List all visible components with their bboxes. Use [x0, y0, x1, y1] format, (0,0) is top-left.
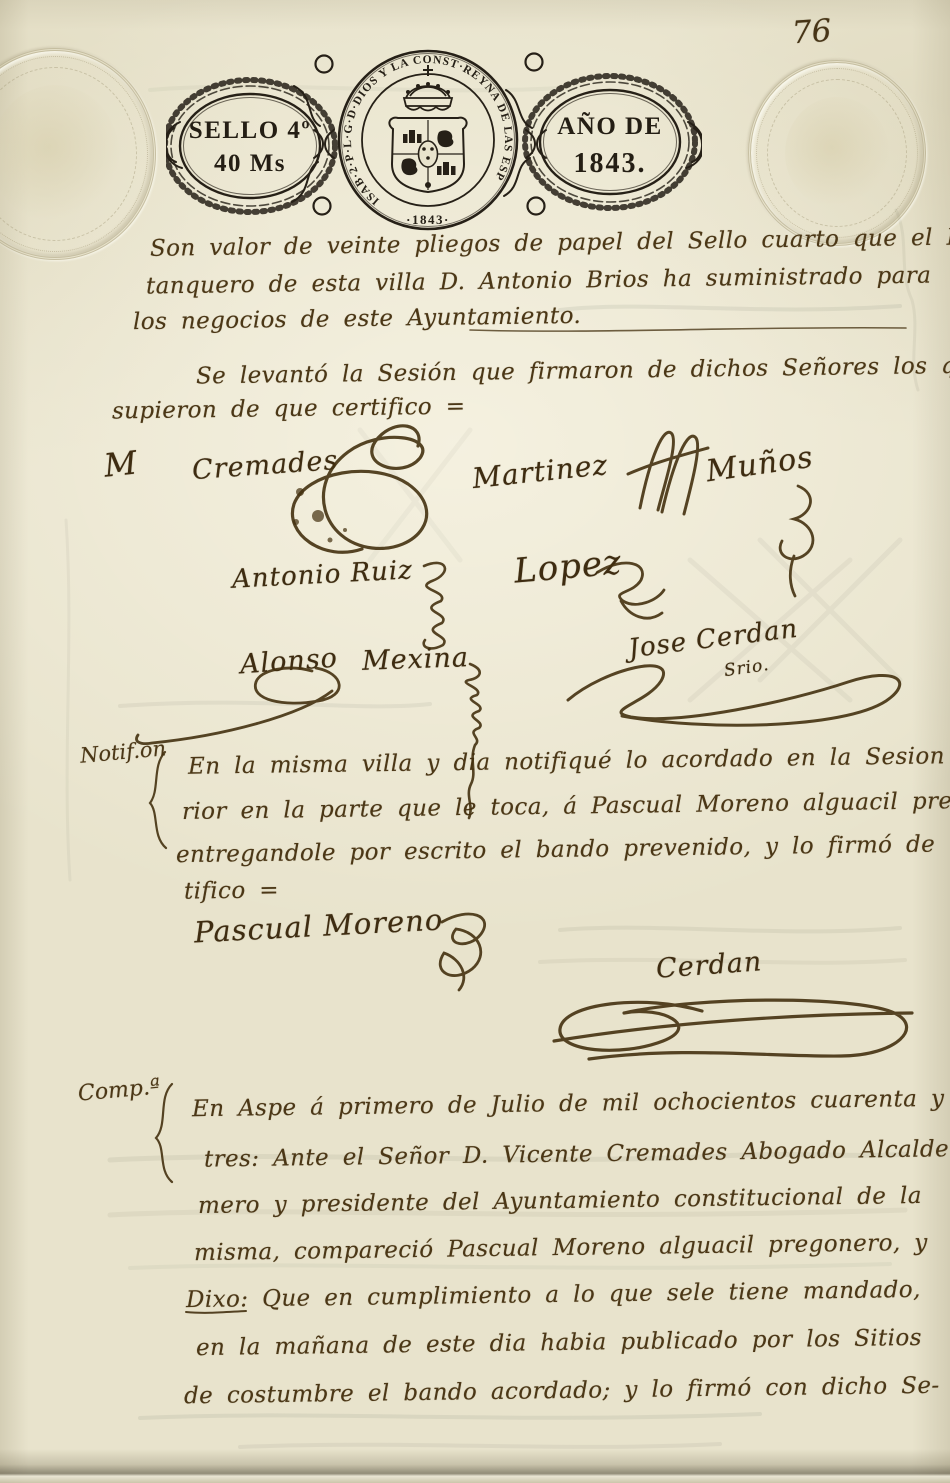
signature-margin-initial: M	[102, 446, 139, 481]
stamp-left-wreath	[166, 80, 335, 212]
ink-blots	[293, 488, 347, 543]
manuscript-line: rior en la parte que le toca, á Pascual …	[182, 789, 950, 824]
manuscript-line: misma, compareció Pascual Moreno alguaci…	[194, 1232, 928, 1265]
signature-munoz: Muños	[704, 443, 815, 488]
signature-jose-cerdan: Jose Cerdan	[627, 616, 800, 663]
manuscript-line: de costumbre el bando acordado; y lo fir…	[184, 1375, 940, 1409]
page-number: 76	[791, 13, 833, 52]
signature-pascual-moreno: Pascual Moreno	[193, 905, 444, 947]
manuscript-line: Dixo: Que en cumplimiento a lo que sele …	[186, 1279, 921, 1312]
signature-martinez: Martinez	[471, 451, 609, 493]
stamp-sello-class: SELLO 4º	[189, 117, 311, 144]
stamp-crown-icon	[404, 65, 452, 111]
manuscript-line: tres: Ante el Señor D. Vicente Cremades …	[204, 1137, 950, 1171]
embossed-seal-left	[0, 48, 156, 260]
stamp-year-bottom: ·1843·	[406, 212, 450, 227]
stamp-sello-price: 40 Ms	[214, 150, 286, 177]
alonso-rubric	[136, 668, 339, 744]
stamp-coat-of-arms-icon	[389, 118, 466, 192]
signature-jose-cerdan-title: Srio.	[723, 657, 770, 680]
manuscript-line: Se levantó la Sesión que firmaron de dic…	[196, 354, 950, 388]
manuscript-line: supieron de que certifico =	[112, 396, 466, 424]
signature-cerdan: Cerdan	[655, 948, 763, 982]
signature-cremades: Cremades	[191, 447, 339, 484]
page-bottom-edge	[0, 1449, 950, 1483]
ruiz-rubric	[424, 563, 445, 648]
pascual-rubric	[440, 914, 484, 990]
margin-note-comparecencia: Comp.ª	[77, 1076, 161, 1105]
manuscript-line: tanquero de esta villa D. Antonio Brios …	[146, 265, 932, 299]
manuscript-line: entregandole por escrito el bando preven…	[176, 832, 950, 867]
notif-brace	[150, 752, 166, 848]
cerdan-rubric	[554, 1000, 912, 1059]
manuscript-line: En la misma villa y dia notifiqué lo aco…	[188, 744, 950, 779]
munoz-rubric	[780, 486, 813, 596]
tax-stamp: ISAB·2·P·L·G·D·DIOS Y LA CONST·REYNA DE …	[166, 34, 702, 234]
manuscript-line: en la mañana de este dia habia publicado…	[196, 1327, 922, 1360]
martinez-rubric	[628, 432, 708, 514]
embossed-seal-right	[748, 60, 926, 246]
signature-mexina: Mexina	[362, 644, 470, 675]
signature-ruiz: Antonio Ruiz	[231, 557, 413, 592]
margin-note-notificacion: Notif.on	[79, 738, 167, 766]
stamp-year-value: 1843.	[574, 148, 647, 179]
manuscript-line: mero y presidente del Ayuntamiento const…	[198, 1185, 922, 1218]
manuscript-page: 76	[0, 0, 950, 1483]
signature-lopez: Lopez	[513, 545, 623, 588]
stamp-right-wreath	[525, 76, 695, 208]
manuscript-line: tifico =	[184, 879, 279, 903]
manuscript-line: los negocios de este Ayuntamiento.	[133, 305, 581, 334]
manuscript-line: En Aspe á primero de Julio de mil ochoci…	[192, 1088, 945, 1122]
cremades-rubric	[292, 426, 426, 552]
stamp-year-label: AÑO DE	[557, 112, 663, 140]
signature-alonso: Alonso	[239, 645, 339, 679]
